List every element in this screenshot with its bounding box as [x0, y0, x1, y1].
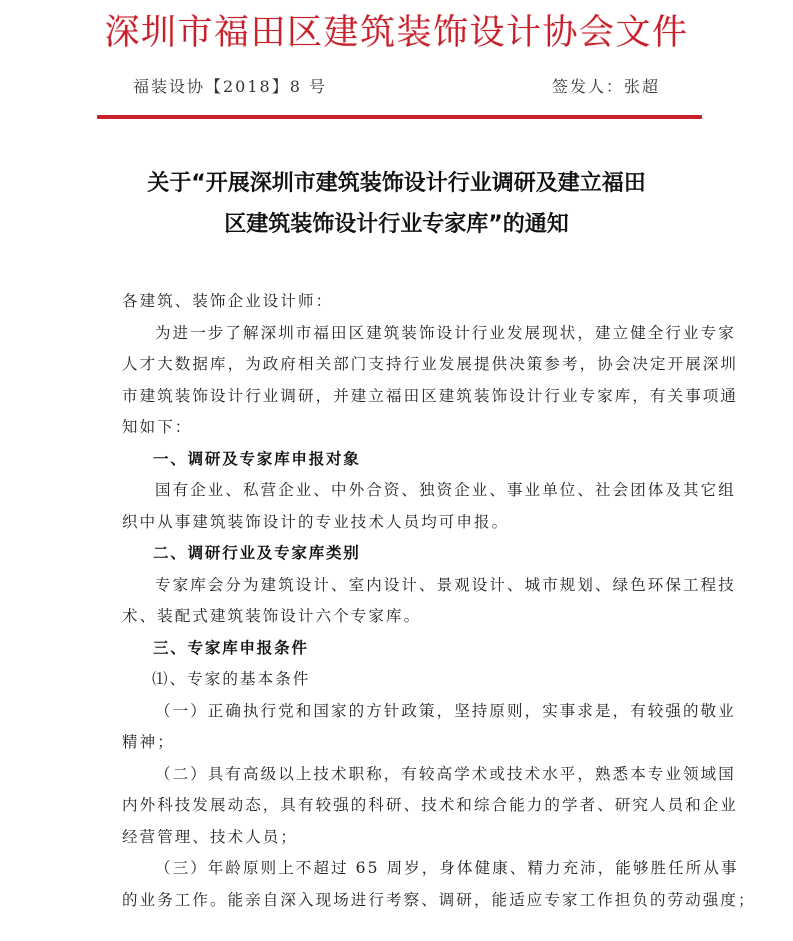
intro-line: 为进一步了解深圳市福田区建筑装饰设计行业发展现状，建立健全行业专家 — [122, 318, 674, 350]
document-signer: 签发人：张超 — [552, 74, 660, 100]
intro-line: 人才大数据库，为政府相关部门支持行业发展提供决策参考，协会决定开展深圳 — [122, 349, 674, 381]
section-heading-3: 三、专家库申报条件 — [122, 633, 674, 665]
document-number: 福装设协【2018】8 号 — [133, 74, 327, 100]
document-meta: 福装设协【2018】8 号 签发人：张超 — [133, 74, 660, 100]
condition-item-1-line: （一）正确执行党和国家的方针政策，坚持原则，实事求是，有较强的敬业 — [122, 696, 674, 728]
section-heading-1: 一、调研及专家库申报对象 — [122, 444, 674, 476]
section-2-line: 专家库会分为建筑设计、室内设计、景观设计、城市规划、绿色环保工程技 — [122, 570, 674, 602]
section-3-subheading: ⑴、专家的基本条件 — [122, 664, 674, 696]
condition-item-2-line: 内外科技发展动态，具有较强的科研、技术和综合能力的学者、研究人员和企业 — [122, 790, 674, 822]
org-document-header: 深圳市福田区建筑装饰设计协会文件 — [100, 8, 693, 58]
salutation: 各建筑、装饰企业设计师： — [122, 286, 674, 318]
intro-line: 知如下： — [122, 412, 674, 444]
red-header-divider — [97, 115, 702, 119]
condition-item-1-line: 精神； — [122, 727, 674, 759]
section-1-line: 国有企业、私营企业、中外合资、独资企业、事业单位、社会团体及其它组 — [122, 475, 674, 507]
document-page: 深圳市福田区建筑装饰设计协会文件 福装设协【2018】8 号 签发人：张超 关于… — [0, 0, 793, 941]
condition-item-3-line: （三）年龄原则上不超过 65 周岁，身体健康、精力充沛，能够胜任所从事 — [122, 853, 674, 885]
condition-item-3-line: 的业务工作。能亲自深入现场进行考察、调研，能适应专家工作担负的劳动强度； — [122, 885, 674, 917]
notice-body: 各建筑、装饰企业设计师： 为进一步了解深圳市福田区建筑装饰设计行业发展现状，建立… — [122, 286, 674, 916]
section-1-line: 织中从事建筑装饰设计的专业技术人员均可申报。 — [122, 507, 674, 539]
condition-item-2-line: （二）具有高级以上技术职称，有较高学术或技术水平，熟悉本专业领域国 — [122, 759, 674, 791]
condition-item-2-line: 经营管理、技术人员； — [122, 822, 674, 854]
notice-title-line-2: 区建筑装饰设计行业专家库”的通知 — [110, 204, 683, 245]
intro-line: 市建筑装饰设计行业调研，并建立福田区建筑装饰设计行业专家库，有关事项通 — [122, 381, 674, 413]
section-heading-2: 二、调研行业及专家库类别 — [122, 538, 674, 570]
notice-title-line-1: 关于“开展深圳市建筑装饰设计行业调研及建立福田 — [110, 163, 683, 204]
section-2-line: 术、装配式建筑装饰设计六个专家库。 — [122, 601, 674, 633]
notice-title: 关于“开展深圳市建筑装饰设计行业调研及建立福田 区建筑装饰设计行业专家库”的通知 — [110, 163, 683, 245]
